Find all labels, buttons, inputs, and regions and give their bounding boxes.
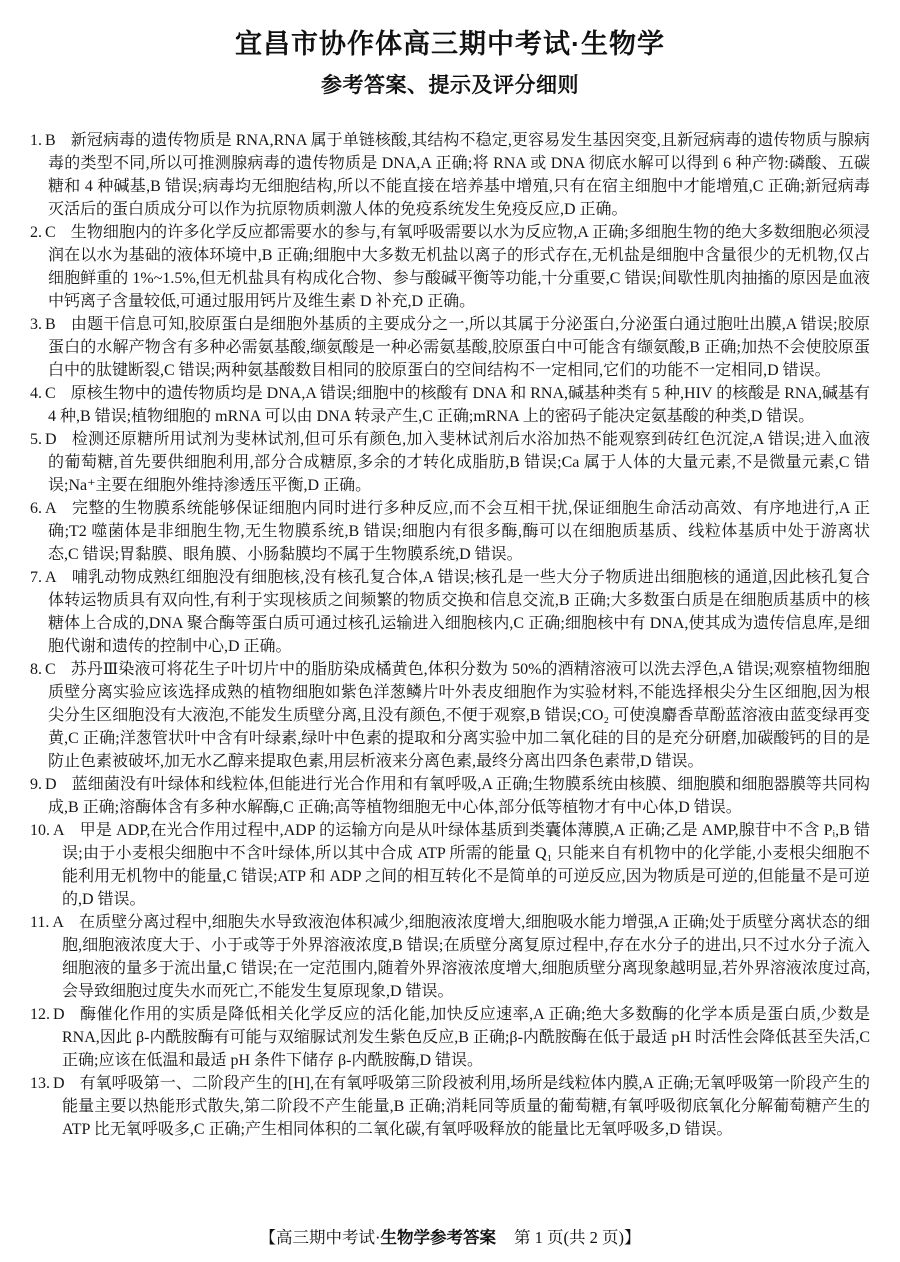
answer-number: 8. — [30, 661, 42, 678]
footer-exam-label: 【高三期中考试· — [260, 1228, 381, 1247]
footer-subject-label: 生物学参考答案 — [381, 1229, 497, 1247]
answer-letter: D — [45, 776, 57, 793]
answer-number: 2. — [30, 224, 42, 241]
answer-number: 5. — [30, 431, 42, 448]
answer-number: 3. — [30, 316, 42, 333]
answer-number: 6. — [30, 500, 42, 517]
answer-letter: B — [45, 132, 56, 149]
answer-item: 7.A哺乳动物成熟红细胞没有细胞核,没有核孔复合体,A 错误;核孔是一些大分子物… — [30, 566, 870, 658]
answer-number: 11. — [30, 914, 49, 931]
answer-explanation: 酶催化作用的实质是降低相关化学反应的活化能,加快反应速率,A 正确;绝大多数酶的… — [62, 1006, 870, 1069]
answer-item: 9.D蓝细菌没有叶绿体和线粒体,但能进行光合作用和有氧呼吸,A 正确;生物膜系统… — [30, 773, 870, 819]
answer-number: 12. — [30, 1006, 50, 1023]
answer-letter: D — [53, 1006, 65, 1023]
answer-item: 2.C生物细胞内的许多化学反应都需要水的参与,有氧呼吸需要以水为反应物,A 正确… — [30, 221, 870, 313]
answer-explanation: 由题干信息可知,胶原蛋白是细胞外基质的主要成分之一,所以其属于分泌蛋白,分泌蛋白… — [48, 316, 870, 379]
answer-explanation: 在质壁分离过程中,细胞失水导致液泡体积减少,细胞液浓度增大,细胞吸水能力增强,A… — [62, 914, 870, 1000]
document-page: 宜昌市协作体高三期中考试·生物学 参考答案、提示及评分细则 1.B新冠病毒的遗传… — [0, 0, 900, 1262]
answer-number: 10. — [30, 822, 50, 839]
answer-explanation: 原核生物中的遗传物质均是 DNA,A 错误;细胞中的核酸有 DNA 和 RNA,… — [48, 385, 870, 425]
answer-explanation: 苏丹Ⅲ染液可将花生子叶切片中的脂肪染成橘黄色,体积分数为 50%的酒精溶液可以洗… — [48, 661, 870, 770]
answer-letter: D — [53, 1075, 65, 1092]
answer-number: 1. — [30, 132, 42, 149]
answer-explanation: 甲是 ADP,在光合作用过程中,ADP 的运输方向是从叶绿体基质到类囊体薄膜,A… — [62, 822, 870, 908]
answer-letter: A — [52, 914, 64, 931]
answer-item: 8.C苏丹Ⅲ染液可将花生子叶切片中的脂肪染成橘黄色,体积分数为 50%的酒精溶液… — [30, 658, 870, 773]
page-footer: 【高三期中考试·生物学参考答案第 1 页(共 2 页)】 — [0, 1224, 900, 1248]
answer-explanation: 检测还原糖所用试剂为斐林试剂,但可乐有颜色,加入斐林试剂后水浴加热不能观察到砖红… — [48, 431, 870, 494]
answer-item: 5.D检测还原糖所用试剂为斐林试剂,但可乐有颜色,加入斐林试剂后水浴加热不能观察… — [30, 428, 870, 497]
answer-explanation: 新冠病毒的遗传物质是 RNA,RNA 属于单链核酸,其结构不稳定,更容易发生基因… — [48, 132, 870, 218]
answer-number: 13. — [30, 1075, 50, 1092]
answer-explanation: 蓝细菌没有叶绿体和线粒体,但能进行光合作用和有氧呼吸,A 正确;生物膜系统由核膜… — [48, 776, 870, 816]
answer-letter: C — [45, 385, 56, 402]
answer-item: 3.B由题干信息可知,胶原蛋白是细胞外基质的主要成分之一,所以其属于分泌蛋白,分… — [30, 313, 870, 382]
footer-page-number: 第 1 页(共 2 页)】 — [514, 1228, 641, 1247]
answer-explanation: 有氧呼吸第一、二阶段产生的[H],在有氧呼吸第三阶段被利用,场所是线粒体内膜,A… — [62, 1075, 870, 1138]
page-title: 宜昌市协作体高三期中考试·生物学 — [30, 22, 870, 61]
answer-explanation: 哺乳动物成熟红细胞没有细胞核,没有核孔复合体,A 错误;核孔是一些大分子物质进出… — [48, 569, 870, 655]
answer-item: 1.B新冠病毒的遗传物质是 RNA,RNA 属于单链核酸,其结构不稳定,更容易发… — [30, 129, 870, 221]
answer-item: 6.A完整的生物膜系统能够保证细胞内同时进行多种反应,而不会互相干扰,保证细胞生… — [30, 497, 870, 566]
answer-explanation: 生物细胞内的许多化学反应都需要水的参与,有氧呼吸需要以水为反应物,A 正确;多细… — [48, 224, 870, 310]
answer-item: 11.A在质壁分离过程中,细胞失水导致液泡体积减少,细胞液浓度增大,细胞吸水能力… — [30, 911, 870, 1003]
answer-letter: A — [45, 500, 57, 517]
answer-list: 1.B新冠病毒的遗传物质是 RNA,RNA 属于单链核酸,其结构不稳定,更容易发… — [30, 129, 870, 1141]
answer-number: 9. — [30, 776, 42, 793]
answer-number: 4. — [30, 385, 42, 402]
answer-letter: B — [45, 316, 56, 333]
answer-explanation: 完整的生物膜系统能够保证细胞内同时进行多种反应,而不会互相干扰,保证细胞生命活动… — [48, 500, 870, 563]
answer-letter: A — [45, 569, 57, 586]
page-subtitle: 参考答案、提示及评分细则 — [30, 69, 870, 99]
answer-item: 12.D酶催化作用的实质是降低相关化学反应的活化能,加快反应速率,A 正确;绝大… — [30, 1003, 870, 1072]
answer-letter: A — [53, 822, 65, 839]
answer-item: 4.C原核生物中的遗传物质均是 DNA,A 错误;细胞中的核酸有 DNA 和 R… — [30, 382, 870, 428]
answer-item: 13.D有氧呼吸第一、二阶段产生的[H],在有氧呼吸第三阶段被利用,场所是线粒体… — [30, 1072, 870, 1141]
answer-letter: C — [45, 224, 56, 241]
answer-number: 7. — [30, 569, 42, 586]
answer-letter: C — [45, 661, 56, 678]
answer-letter: D — [45, 431, 57, 448]
answer-item: 10.A甲是 ADP,在光合作用过程中,ADP 的运输方向是从叶绿体基质到类囊体… — [30, 819, 870, 911]
